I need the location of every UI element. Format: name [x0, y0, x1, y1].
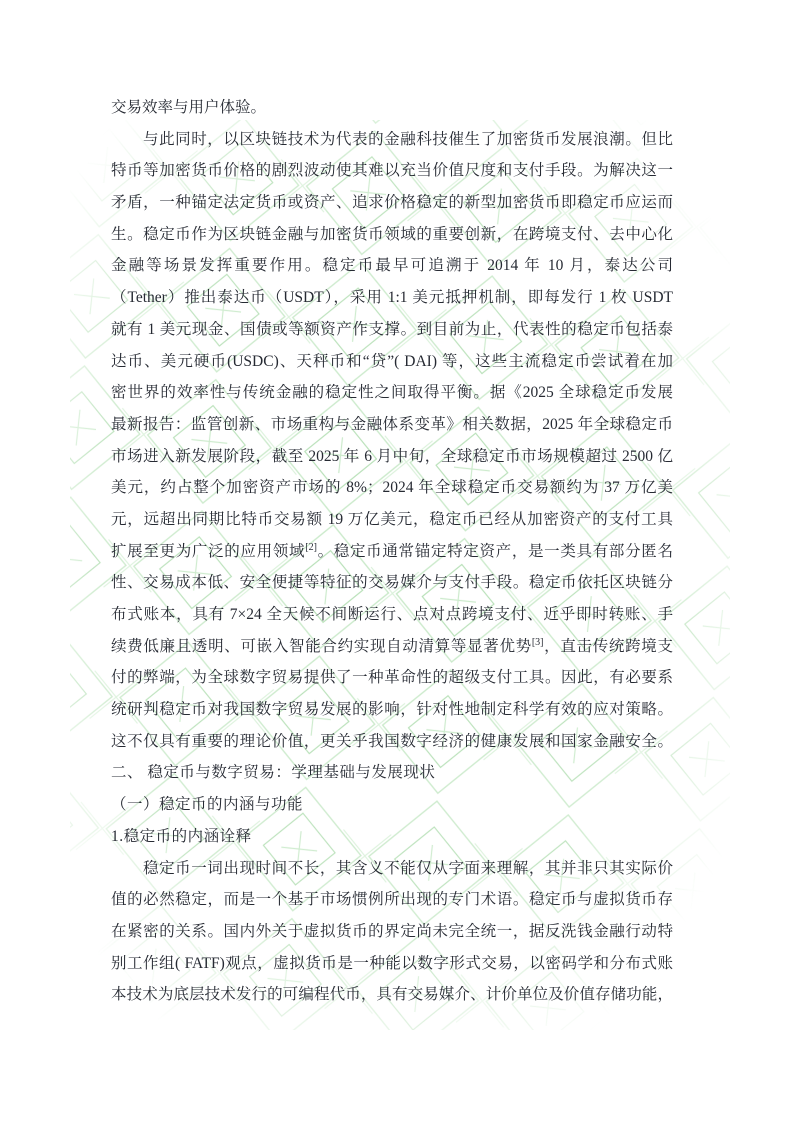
- document-page: 交易效率与用户体验。与此同时，以区块链技术为代表的金融科技催生了加密货币发展浪潮…: [0, 0, 793, 1122]
- text-line: 付的弊端，为全球数字贸易提供了一种革命性的超级支付工具。因此，有必要系: [111, 662, 673, 694]
- text-line: 值的必然稳定，而是一个基于市场惯例所出现的专门术语。稳定币与虚拟货币存: [111, 884, 673, 916]
- heading-3: 1.稳定币的内涵诠释: [111, 821, 673, 853]
- document-body: 交易效率与用户体验。与此同时，以区块链技术为代表的金融科技催生了加密货币发展浪潮…: [111, 92, 673, 1011]
- text-line: 稳定币一词出现时间不长，其含义不能仅从字面来理解，其并非只其实际价: [111, 853, 673, 885]
- text-line: 扩展至更为广泛的应用领域[2]。稳定币通常锚定特定资产，是一类具有部分匿名: [111, 536, 673, 568]
- text-line: 美元，约占整个加密资产市场的 8%；2024 年全球稳定币交易额约为 37 万亿…: [111, 472, 673, 504]
- text-line: 市场进入新发展阶段，截至 2025 年 6 月中旬，全球稳定币市场规模超过 25…: [111, 441, 673, 473]
- text-line: 矛盾，一种锚定法定货币或资产、追求价格稳定的新型加密货币即稳定币应运而: [111, 187, 673, 219]
- text-line: 特币等加密货币价格的剧烈波动使其难以充当价值尺度和支付手段。为解决这一: [111, 155, 673, 187]
- text-line: 密世界的效率性与传统金融的稳定性之间取得平衡。据《2025 全球稳定币发展: [111, 377, 673, 409]
- text-line: 统研判稳定币对我国数字贸易发展的影响，针对性地制定科学有效的应对策略。: [111, 694, 673, 726]
- text-line: 生。稳定币作为区块链金融与加密货币领域的重要创新，在跨境支付、去中心化: [111, 219, 673, 251]
- text-line: 交易效率与用户体验。: [111, 92, 673, 124]
- text-line: 续费低廉且透明、可嵌入智能合约实现自动清算等显著优势[3]，直击传统跨境支: [111, 631, 673, 663]
- footnote-ref: [2]: [305, 542, 317, 553]
- text-line: 这不仅具有重要的理论价值，更关乎我国数字经济的健康发展和国家金融安全。: [111, 726, 673, 758]
- text-line: 别工作组( FATF)观点，虚拟货币是一种能以数字形式交易，以密码学和分布式账: [111, 948, 673, 980]
- text-line: 元，远超出同期比特币交易额 19 万亿美元，稳定币已经从加密资产的支付工具: [111, 504, 673, 536]
- text-line: 达币、美元硬币(USDC)、天秤币和“贷”( DAI) 等，这些主流稳定币尝试着…: [111, 346, 673, 378]
- text-line: 布式账本，具有 7×24 全天候不间断运行、点对点跨境支付、近乎即时转账、手: [111, 599, 673, 631]
- heading-1: 二、 稳定币与数字贸易：学理基础与发展现状: [111, 757, 673, 789]
- text-line: 与此同时，以区块链技术为代表的金融科技催生了加密货币发展浪潮。但比: [111, 124, 673, 156]
- text-line: 在紧密的关系。国内外关于虚拟货币的界定尚未完全统一，据反洗钱金融行动特: [111, 916, 673, 948]
- text-line: （Tether）推出泰达币（USDT），采用 1:1 美元抵押机制，即每发行 1…: [111, 282, 673, 314]
- text-line: 性、交易成本低、安全便捷等特征的交易媒介与支付手段。稳定币依托区块链分: [111, 567, 673, 599]
- heading-2: （一）稳定币的内涵与功能: [111, 789, 673, 821]
- text-line: 最新报告：监管创新、市场重构与金融体系变革》相关数据，2025 年全球稳定币: [111, 409, 673, 441]
- footnote-ref: [3]: [532, 637, 544, 648]
- text-line: 就有 1 美元现金、国债或等额资产作支撑。到目前为止，代表性的稳定币包括泰: [111, 314, 673, 346]
- text-line: 金融等场景发挥重要作用。稳定币最早可追溯于 2014 年 10 月，泰达公司: [111, 250, 673, 282]
- text-line: 本技术为底层技术发行的可编程代币，具有交易媒介、计价单位及价值存储功能，: [111, 979, 673, 1011]
